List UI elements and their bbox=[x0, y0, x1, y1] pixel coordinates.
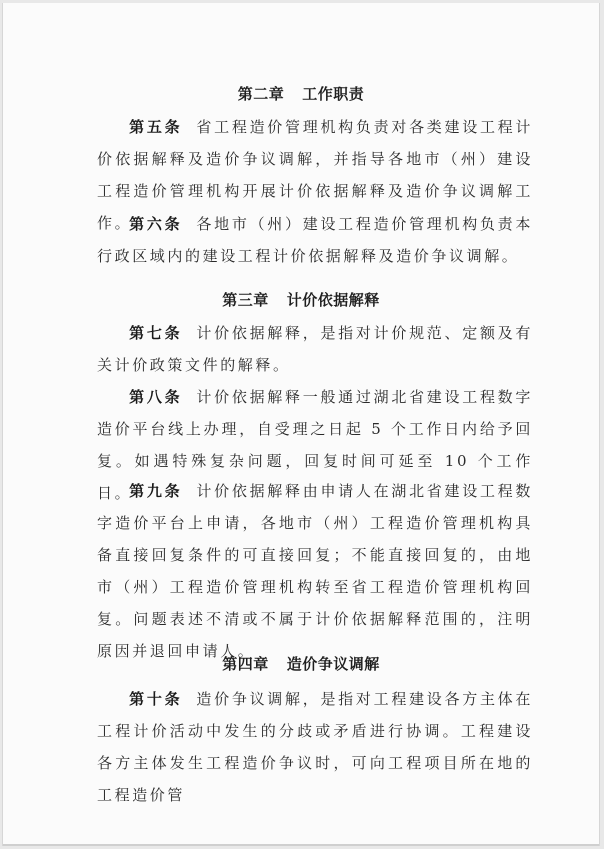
article-label: 第十条 bbox=[129, 690, 182, 708]
document-page: 第二章工作职责 第五条省工程造价管理机构负责对各类建设工程计价依据解释及造价争议… bbox=[2, 3, 600, 846]
chapter-heading-3: 第三章计价依据解释 bbox=[3, 289, 599, 310]
article-10: 第十条造价争议调解，是指对工程建设各方主体在工程计价活动中发生的分歧或矛盾进行协… bbox=[97, 683, 533, 811]
article-label: 第七条 bbox=[129, 324, 182, 342]
chapter-title: 工作职责 bbox=[302, 85, 364, 103]
article-label: 第六条 bbox=[129, 215, 182, 233]
article-label: 第五条 bbox=[129, 118, 182, 136]
chapter-heading-2: 第二章工作职责 bbox=[3, 83, 599, 104]
article-label: 第八条 bbox=[129, 388, 182, 406]
chapter-title: 造价争议调解 bbox=[287, 655, 380, 673]
article-text: 计价依据解释由申请人在湖北省建设工程数字造价平台上申请，各地市（州）工程造价管理… bbox=[97, 482, 533, 660]
chapter-title: 计价依据解释 bbox=[287, 291, 380, 309]
chapter-heading-4: 第四章造价争议调解 bbox=[3, 653, 599, 674]
article-label: 第九条 bbox=[129, 482, 182, 500]
article-6: 第六条各地市（州）建设工程造价管理机构负责本行政区域内的建设工程计价依据解释及造… bbox=[97, 208, 533, 272]
scan-edge bbox=[3, 844, 599, 846]
article-9: 第九条计价依据解释由申请人在湖北省建设工程数字造价平台上申请，各地市（州）工程造… bbox=[97, 475, 533, 667]
chapter-number: 第四章 bbox=[222, 655, 269, 673]
article-7: 第七条计价依据解释，是指对计价规范、定额及有关计价政策文件的解释。 bbox=[97, 317, 533, 381]
chapter-number: 第三章 bbox=[222, 291, 269, 309]
chapter-number: 第二章 bbox=[238, 85, 285, 103]
